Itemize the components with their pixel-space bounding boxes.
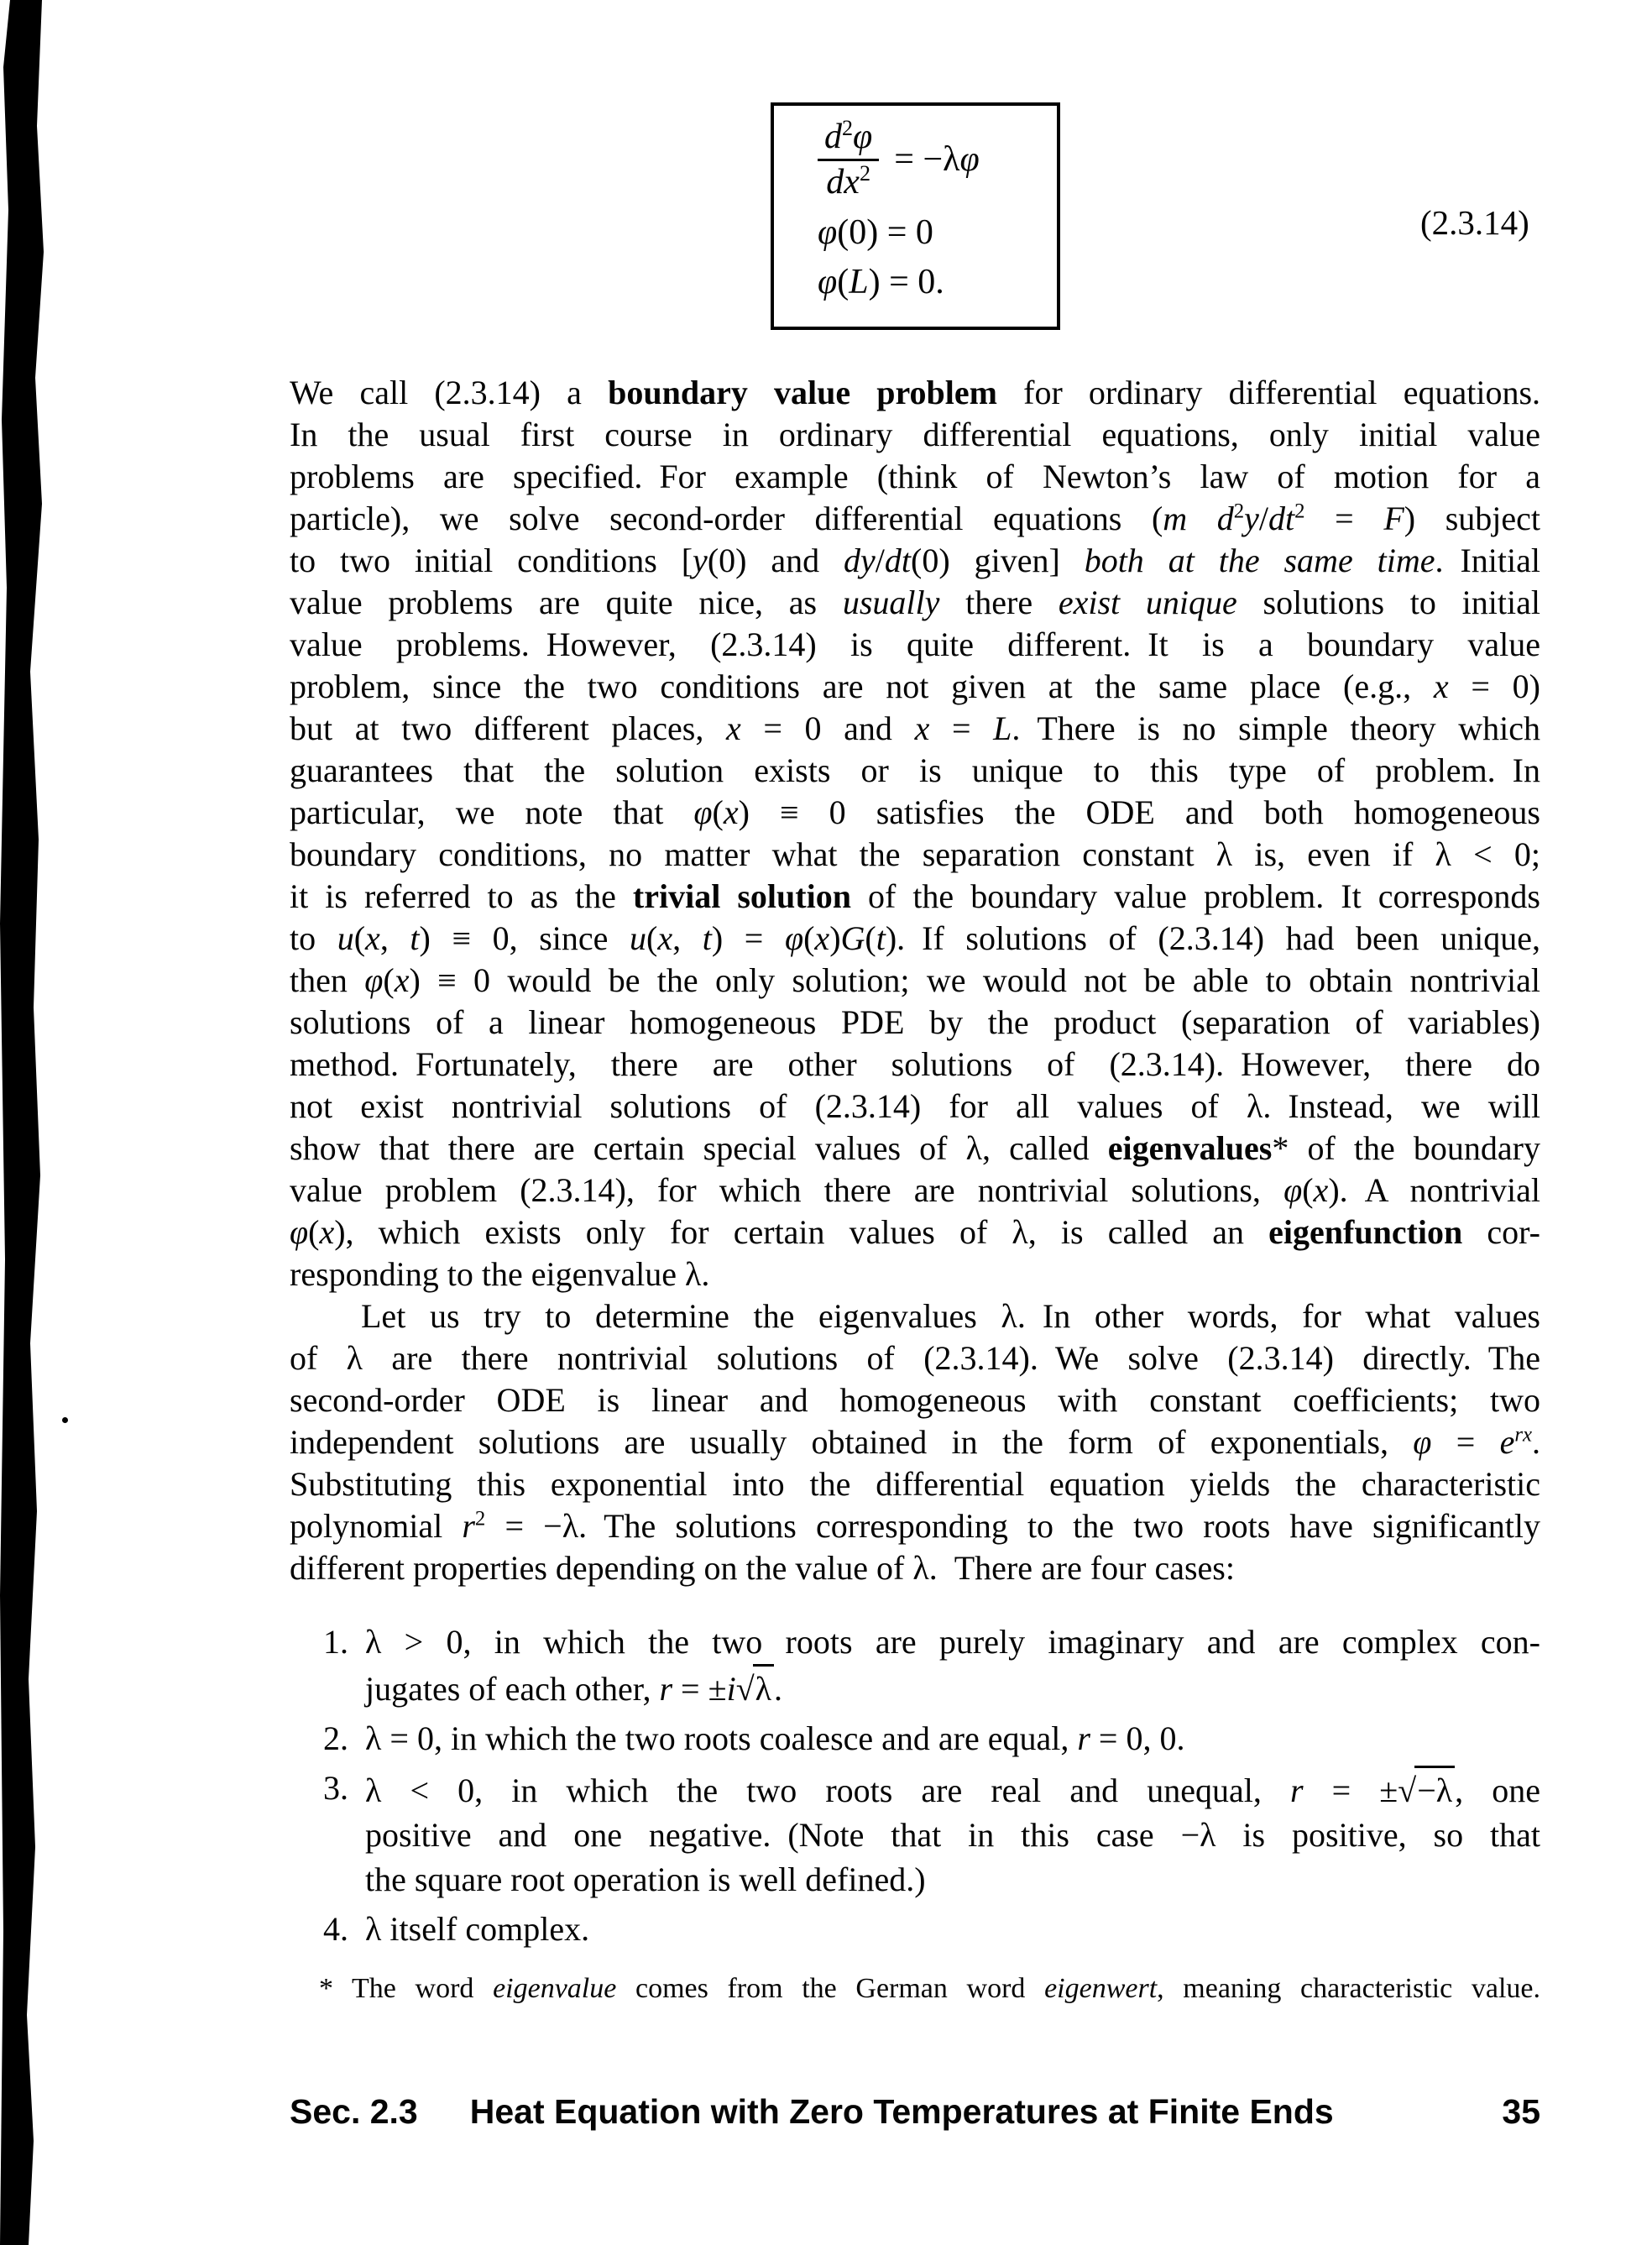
text-line: particle), we solve second-order differe… bbox=[290, 498, 1540, 540]
equation-number: (2.3.14) bbox=[1420, 202, 1529, 243]
scan-gutter-band bbox=[0, 0, 52, 2245]
text-line: responding to the eigenvalue λ. bbox=[290, 1253, 1540, 1295]
footnote: * The word eigenvalue comes from the Ger… bbox=[290, 1971, 1540, 2007]
text-line: boundary conditions, no matter what the … bbox=[290, 834, 1540, 876]
text-line: We call (2.3.14) a boundary value proble… bbox=[290, 372, 1540, 414]
text-line: solutions of a linear homogeneous PDE by… bbox=[290, 1002, 1540, 1044]
boxed-equation: d2φ dx2 = −λφ φ(0) = 0 φ(L) = 0. bbox=[771, 102, 1060, 330]
text-line: jugates of each other, r = ±i√λ. bbox=[365, 1664, 1540, 1711]
text-line: value problem (2.3.14), for which there … bbox=[290, 1170, 1540, 1211]
text-line: independent solutions are usually obtain… bbox=[290, 1421, 1540, 1463]
list-item: 3. λ < 0, in which the two roots are rea… bbox=[323, 1766, 1540, 1902]
text-line: it is referred to as the trivial solutio… bbox=[290, 876, 1540, 918]
list-item-text: λ > 0, in which the two roots are purely… bbox=[365, 1620, 1540, 1711]
fraction-denominator: dx2 bbox=[818, 161, 879, 201]
text-line: Let us try to determine the eigenvalues … bbox=[290, 1295, 1540, 1337]
text-line: different properties depending on the va… bbox=[290, 1547, 1540, 1589]
scan-speck bbox=[62, 1417, 68, 1423]
text-line: to two initial conditions [y(0) and dy/d… bbox=[290, 540, 1540, 582]
text-line: Substituting this exponential into the d… bbox=[290, 1463, 1540, 1505]
footer-page-number: 35 bbox=[1502, 2092, 1540, 2132]
text-line: polynomial r2 = −λ. The solutions corres… bbox=[290, 1505, 1540, 1547]
footer-title: Heat Equation with Zero Temperatures at … bbox=[470, 2092, 1334, 2132]
list-item-text: λ < 0, in which the two roots are real a… bbox=[365, 1766, 1540, 1902]
page-footer: Sec. 2.3 Heat Equation with Zero Tempera… bbox=[290, 2092, 1540, 2132]
list-item: 2. λ = 0, in which the two roots coalesc… bbox=[323, 1716, 1540, 1761]
text-line: but at two different places, x = 0 and x… bbox=[290, 708, 1540, 750]
list-item-number: 1. bbox=[323, 1620, 365, 1711]
equation-ode: d2φ dx2 = −λφ bbox=[818, 118, 1057, 201]
text-line: not exist nontrivial solutions of (2.3.1… bbox=[290, 1086, 1540, 1128]
text-line: value problems. However, (2.3.14) is qui… bbox=[290, 624, 1540, 666]
text-line: particular, we note that φ(x) ≡ 0 satisf… bbox=[290, 792, 1540, 834]
text-line: the square root operation is well define… bbox=[365, 1857, 1540, 1902]
fraction: d2φ dx2 bbox=[818, 118, 879, 201]
paragraph-1: We call (2.3.14) a boundary value proble… bbox=[290, 372, 1540, 1295]
text-line: In the usual first course in ordinary di… bbox=[290, 414, 1540, 456]
book-page: d2φ dx2 = −λφ φ(0) = 0 φ(L) = 0. (2.3.14… bbox=[0, 0, 1652, 2245]
body-text: We call (2.3.14) a boundary value proble… bbox=[290, 372, 1540, 2007]
list-item-text: λ itself complex. bbox=[365, 1907, 1540, 1951]
text-line: show that there are certain special valu… bbox=[290, 1128, 1540, 1170]
text-line: problem, since the two conditions are no… bbox=[290, 666, 1540, 708]
text-line: to u(x, t) ≡ 0, since u(x, t) = φ(x)G(t)… bbox=[290, 918, 1540, 960]
text-line: of λ are there nontrivial solutions of (… bbox=[290, 1337, 1540, 1379]
list-item: 4. λ itself complex. bbox=[323, 1907, 1540, 1951]
text-line: positive and one negative. (Note that in… bbox=[365, 1813, 1540, 1857]
list-item-number: 2. bbox=[323, 1716, 365, 1761]
text-line: guarantees that the solution exists or i… bbox=[290, 750, 1540, 792]
text-line: λ < 0, in which the two roots are real a… bbox=[365, 1766, 1540, 1813]
boundary-condition-1: φ(0) = 0 bbox=[818, 213, 1057, 252]
case-list: 1. λ > 0, in which the two roots are pur… bbox=[323, 1620, 1540, 1951]
list-item: 1. λ > 0, in which the two roots are pur… bbox=[323, 1620, 1540, 1711]
list-item-text: λ = 0, in which the two roots coalesce a… bbox=[365, 1716, 1540, 1761]
text-line: φ(x), which exists only for certain valu… bbox=[290, 1211, 1540, 1253]
fraction-numerator: d2φ bbox=[818, 118, 879, 161]
paragraph-2: Let us try to determine the eigenvalues … bbox=[290, 1295, 1540, 1589]
footer-section: Sec. 2.3 bbox=[290, 2092, 418, 2132]
text-line: second-order ODE is linear and homogeneo… bbox=[290, 1379, 1540, 1421]
list-item-number: 4. bbox=[323, 1907, 365, 1951]
text-line: problems are specified. For example (thi… bbox=[290, 456, 1540, 498]
list-item-number: 3. bbox=[323, 1766, 365, 1902]
footnote-text: * The word eigenvalue comes from the Ger… bbox=[319, 1971, 1540, 2007]
text-line: λ = 0, in which the two roots coalesce a… bbox=[365, 1716, 1540, 1761]
text-line: then φ(x) ≡ 0 would be the only solution… bbox=[290, 960, 1540, 1002]
text-line: value problems are quite nice, as usuall… bbox=[290, 582, 1540, 624]
equation-rhs: = −λφ bbox=[894, 140, 980, 179]
text-line: λ > 0, in which the two roots are purely… bbox=[365, 1620, 1540, 1664]
text-line: method. Fortunately, there are other sol… bbox=[290, 1044, 1540, 1086]
text-line: λ itself complex. bbox=[365, 1907, 1540, 1951]
boundary-condition-2: φ(L) = 0. bbox=[818, 263, 1057, 301]
